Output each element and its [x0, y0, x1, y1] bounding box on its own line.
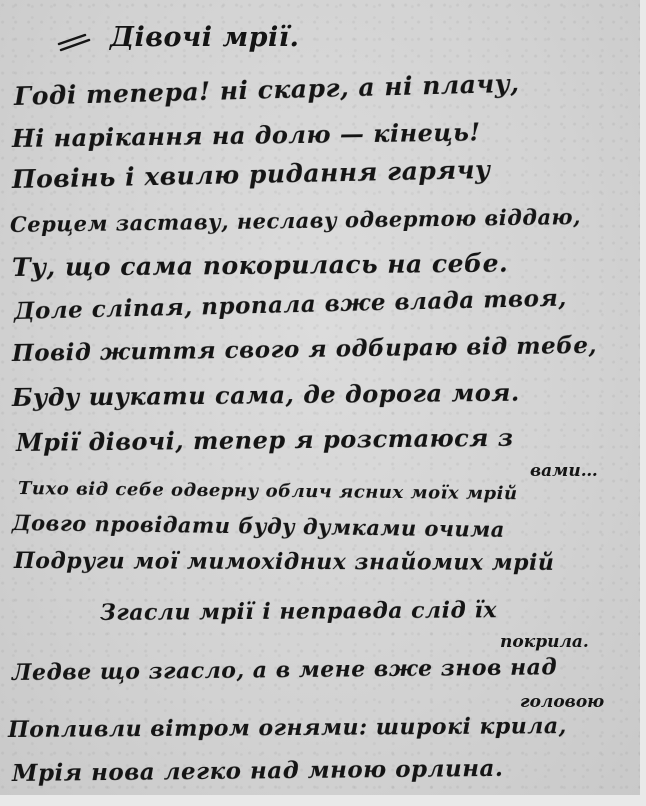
manuscript-line: Доле сліпая, пропала вже влада твоя,: [14, 284, 567, 325]
manuscript-line: Мрія нова легко над мною орлина.: [12, 755, 504, 787]
insertion-text: покрила.: [500, 632, 589, 652]
manuscript-line: Ту, що сама покорилась на себе.: [12, 249, 508, 282]
title-dash-mark: [55, 30, 95, 52]
manuscript-line: Ледве що згасло, а в мене вже знов над: [12, 654, 557, 686]
manuscript-line: Повід життя свого я одбираю від тебе,: [12, 332, 597, 367]
manuscript-line: Буду шукати сама, де дорога моя.: [12, 378, 520, 412]
manuscript-page: Дівочі мрії. Годі тепера! ні скарг, а ні…: [0, 0, 640, 795]
insertion-text: головою: [520, 692, 604, 712]
manuscript-line: Довго провідати буду думками очима: [12, 510, 505, 542]
manuscript-line: Подруги мої мимохідних знайомих мрій: [14, 548, 554, 576]
manuscript-line: Попливли вітром огнями: широкі крила,: [8, 713, 567, 743]
insertion-text: вами…: [530, 461, 598, 481]
manuscript-line: Мрії дівочі, тепер я розстаюся з: [16, 423, 514, 457]
manuscript-line: Згасли мрії і неправда слід їх: [100, 597, 497, 626]
manuscript-line: Ні нарікання на долю — кінець!: [12, 117, 481, 153]
manuscript-line: Тихо від себе одверну облич ясних моїх м…: [18, 478, 518, 504]
document-title: Дівочі мрії.: [110, 22, 299, 53]
manuscript-line: Повінь і хвилю ридання гарячу: [12, 155, 491, 194]
manuscript-line: Годі тепера! ні скарг, а ні плачу,: [14, 69, 520, 111]
manuscript-line: Серцем заставу, неславу одвертою віддаю,: [10, 204, 581, 237]
